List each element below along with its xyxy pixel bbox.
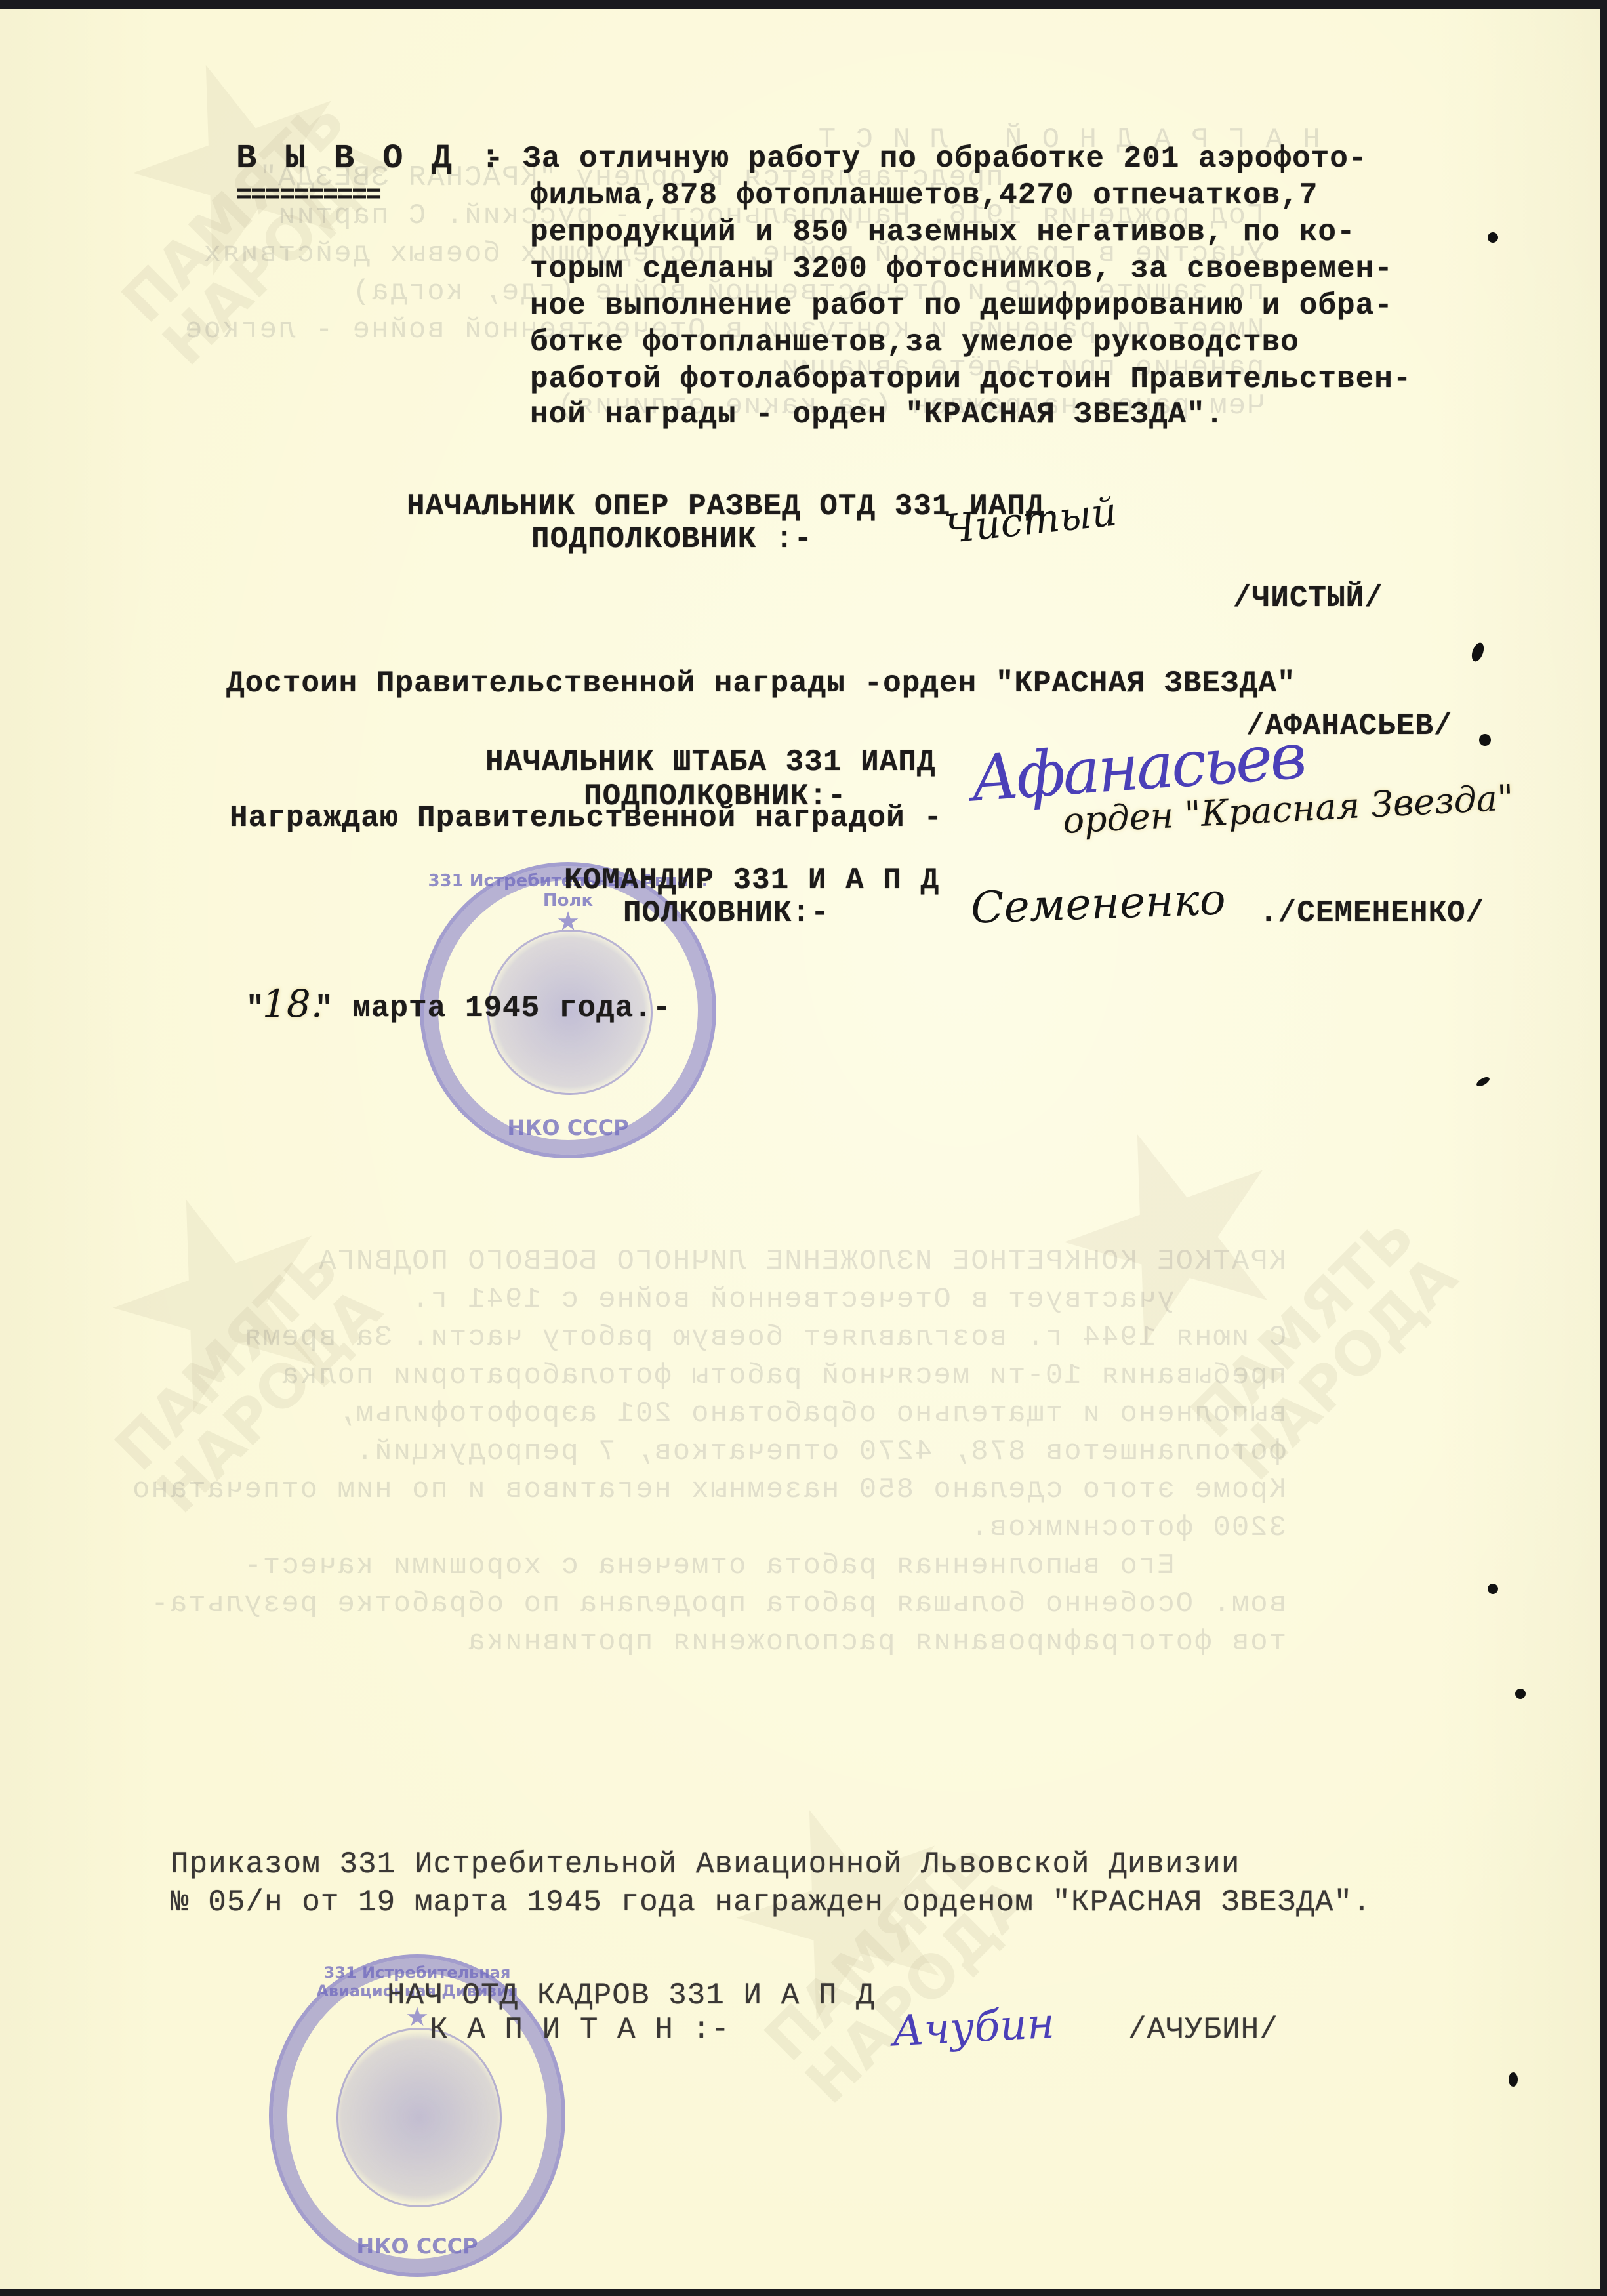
ink-mark [1475,1075,1491,1088]
date-rest: " марта 1945 года.- [315,990,672,1027]
conclusion-line-3: репродукций и 850 наземных негативов, по… [530,214,1356,251]
stamp-bottom-text: НКО СССР [424,1115,712,1140]
document-page: ★ ПАМЯТЬ НАРОДА ★ ПАМЯТЬ НАРОДА ★ ПАМЯТЬ… [0,9,1600,2289]
conclusion-line-1: - За отличную работу по обработке 201 аэ… [485,140,1367,177]
coat-of-arms-emblem [336,2028,502,2208]
signer-2-title: НАЧАЛЬНИК ШТАБА 331 ИАПД [485,744,936,781]
date-day-handwritten: 18. [262,981,323,1026]
signer-4-title: НАЧ ОТД КАДРОВ 331 И А П Д [387,1977,875,2014]
conclusion-line-6: ботке фотопланшетов,за умелое руководств… [530,324,1299,361]
signer-3-rank: ПОЛКОВНИК:- [623,895,830,932]
ink-mark [1515,1689,1526,1699]
conclusion-heading: В Ы В О Д : [236,140,504,177]
signer-4-signature: Ачубин [891,1999,1055,2057]
recommendation-line: Достоин Правительственной награды -орден… [226,665,1295,702]
conclusion-line-5: ное выполнение работ по дешифрированию и… [530,287,1393,324]
award-line-typed: Награждаю Правительственной наградой - [230,800,943,836]
conclusion-line-8: ной награды - орден "КРАСНАЯ ЗВЕЗДА". [530,396,1224,433]
signer-3-title: КОМАНДИР 331 И А П Д [564,862,939,899]
signer-4-rank: К А П И Т А Н :- [430,2011,730,2048]
stamp-bottom-text: НКО СССР [273,2234,561,2259]
signer-2-name: /АФАНАСЬЕВ/ [1246,708,1453,745]
star-icon: ★ [556,907,580,937]
signer-1-rank: ПОДПОЛКОВНИК :- [531,521,813,558]
signer-3-name: ./СЕМЕНЕНКО/ [1259,895,1484,932]
conclusion-heading-underline: ========== [236,181,380,211]
signer-3-signature: Семененко [970,874,1227,933]
ink-mark [1479,734,1491,746]
signer-1-name: /ЧИСТЫЙ/ [1233,580,1383,617]
order-line-2: № 05/н от 19 марта 1945 года награжден о… [171,1884,1372,1921]
signer-4-name: /АЧУБИН/ [1128,2011,1278,2048]
order-line-1: Приказом 331 Истребительной Авиационной … [171,1846,1240,1883]
conclusion-line-2: фильма,878 фотопланшетов,4270 отпечатков… [530,177,1318,214]
conclusion-line-7: работой фотолаборатории достоин Правител… [530,361,1412,398]
ink-mark [1488,1584,1498,1594]
conclusion-line-4: торым сделаны 3200 фотоснимков, за своев… [530,251,1393,287]
ink-mark [1488,232,1498,243]
ink-mark [1509,2072,1518,2087]
ink-mark [1469,641,1486,663]
reverse-side-bleed: КРАТКОЕ КОНКРЕТНОЕ ИЗЛОЖЕНИЕ ЛИЧНОГО БОЕ… [131,1242,1324,1661]
